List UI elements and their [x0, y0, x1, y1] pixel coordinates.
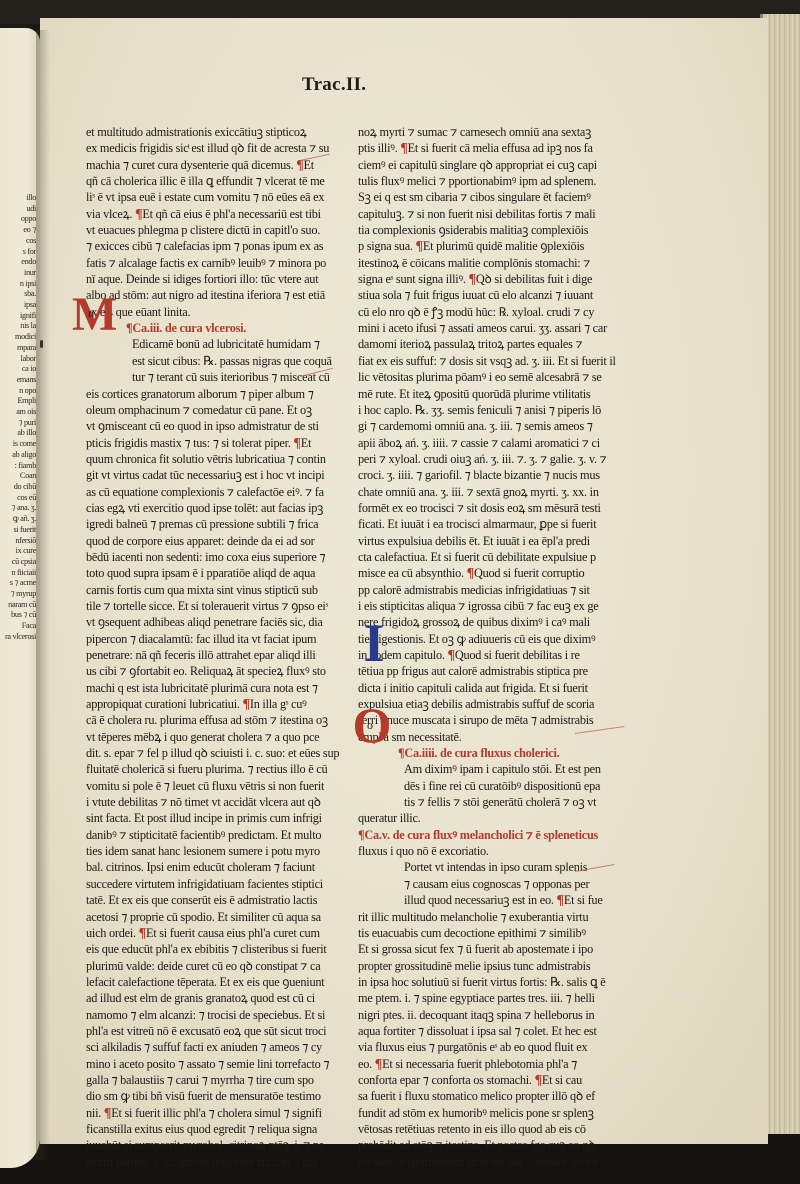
text-line: cū elo nro qꝺ ē ꝭꝫ modū hūc: ℞. xyloal. …	[358, 304, 620, 320]
facing-text-fragment: nis la	[0, 321, 36, 332]
text-line: igredi balneū ⁊ premas cū pressione subt…	[86, 516, 351, 532]
text-line: chate omniū ana. ʒ. iii. ⁊ sextā gnoꝝ my…	[358, 484, 620, 500]
text-line: plurimū valde: deide curet cū eo qꝺ cons…	[86, 958, 351, 974]
text-line: cias egꝝ vti exercitio quod ipse tolēt: …	[86, 500, 351, 516]
text-line: Am diximꝰ ipam i capitulo stōi. Et est p…	[358, 761, 620, 777]
section-heading-ca-iii: ¶Ca.iii. de cura vlcerosi.	[86, 320, 351, 336]
right-column-opening-text: noꝝ myrti ⁊ sumac ⁊ carnesech omniū ana …	[358, 124, 620, 745]
text-line: via fluxus eius ⁊ purgatōnis eˢ ab eo qu…	[358, 1039, 620, 1055]
paragraph-mark-icon: ¶	[293, 436, 300, 451]
facing-text-fragment: ignifi	[0, 311, 36, 322]
text-line: git vt virtus cadat tūc necessariuꝫ est …	[86, 467, 351, 483]
text-line: formēt ex eo trocisci ⁊ sit dosis eoꝝ sm…	[358, 500, 620, 516]
right-column: noꝝ myrti ⁊ sumac ⁊ carnesech omniū ana …	[358, 124, 620, 1170]
facing-text-fragment: emans	[0, 375, 36, 386]
right-column-section-2-text: Portet vt intendas in ipso curam splenis…	[358, 859, 620, 1170]
facing-text-fragment: nfersiō	[0, 536, 36, 547]
text-line: acetosi ⁊ proprie cū spodio. Et similite…	[86, 909, 351, 925]
facing-text-fragment: ⁊ myrup	[0, 589, 36, 600]
text-line: vt tēperes mēbꝝ i quo generat cholera ⁊ …	[86, 729, 351, 745]
text-line: quum chronica fit solutio vētris lubrica…	[86, 451, 351, 467]
text-line: sa fuerit i fluxu stomatico melico propt…	[358, 1088, 620, 1104]
text-line: prehēdit ad stōꝫ ⁊ itestina. Et postea f…	[358, 1137, 620, 1153]
paragraph-mark-icon: ¶	[104, 1106, 111, 1121]
decorated-initial-o: O o	[352, 703, 392, 747]
text-line: tile ⁊ tortelle sicce. Et si tolerauerit…	[86, 598, 351, 614]
facing-text-fragment: cū cpsia	[0, 557, 36, 568]
book-scan: illoudioppoeo ⁊coss forendoinurn ipsisba…	[0, 0, 800, 1184]
text-line: via vlceꝝ. ¶Et qñ cā eius ē phl'a necess…	[86, 206, 351, 222]
text-line: ficati. Et iuuāt i ea trocisci almarmaur…	[358, 516, 620, 532]
text-line: lic vētositas plurima pōamꝰ i eo semē al…	[358, 369, 620, 385]
facing-text-fragment: oppo	[0, 214, 36, 225]
text-line: ⁊ causam eius cognoscas ⁊ opponas per	[358, 876, 620, 892]
section-heading-ca-v-continued: fluxus i quo nō ē excoriatio.	[358, 843, 620, 859]
text-line: expulsiua etiaꝫ debilis admistrabis suff…	[358, 696, 620, 712]
text-line: damomi iterioꝝ passulaꝝ tritoꝝ partes eq…	[358, 336, 620, 352]
text-line: tur ⁊ terant cū suis iterioribus ⁊ misce…	[86, 369, 351, 385]
text-line: noꝝ myrti ⁊ sumac ⁊ carnesech omniū ana …	[358, 124, 620, 140]
binding-mark	[40, 340, 43, 348]
text-line: croci. ʒ. iiii. ⁊ gariofil. ⁊ blacte biz…	[358, 467, 620, 483]
text-line: tulis fluxꝰ melici ⁊ pportionabimꝰ ipm a…	[358, 173, 620, 189]
text-line: misce ea cū absynthio. ¶Quod si fuerit c…	[358, 565, 620, 581]
text-line: peri ⁊ xyloal. crudi oiuꝫ ań. ʒ. iii. ⁊.…	[358, 451, 620, 467]
facing-text-fragment: s for	[0, 247, 36, 258]
text-line: eo. ¶Et si necessaria fuerit phlebotomia…	[358, 1056, 620, 1072]
facing-text-fragment: ⁊ puri	[0, 418, 36, 429]
text-line: uich ordei. ¶Et si fuerit causa eius phl…	[86, 925, 351, 941]
facing-text-fragment: ab aligo	[0, 450, 36, 461]
text-line: dit. s. epar ⁊ fel p illud qꝺ sciuisti i…	[86, 745, 351, 761]
facing-page-text: illoudioppoeo ⁊coss forendoinurn ipsisba…	[0, 193, 36, 643]
facing-text-fragment: ꝙ añ. ʒ.	[0, 514, 36, 525]
text-line: sci alkiladis ⁊ suffuf facti ex aniuden …	[86, 1039, 351, 1055]
text-line: rit illic multitudo melancholie ⁊ exuber…	[358, 909, 620, 925]
text-line: us cibi ⁊ ꝯfortabit eo. Reliquaꝝ āt spec…	[86, 663, 351, 679]
text-line: in eodem capitulo. ¶Quod si fuerit debil…	[358, 647, 620, 663]
text-line: tia complexionis ꝯsiderabis malitiaꝫ com…	[358, 222, 620, 238]
text-line: illud quod necessariuꝫ est in eo. ¶Et si…	[358, 892, 620, 908]
text-line: oleum omphacinum ⁊ comedatur cū pane. Et…	[86, 402, 351, 418]
text-line: fiat ex eis suffuf: ⁊ dosis sit vsqꝫ ad.…	[358, 353, 620, 369]
facing-text-fragment: n ipsi	[0, 279, 36, 290]
text-line: cta calefactiua. Et si fuerit cū debilit…	[358, 549, 620, 565]
text-line: sturtii partem. s. cū quibus misceant zu…	[86, 1154, 351, 1170]
text-line: eis cortices granatorum alborum ⁊ piper …	[86, 386, 351, 402]
facing-text-fragment: bus ⁊ cū	[0, 610, 36, 621]
facing-text-fragment: is come	[0, 439, 36, 450]
text-line: carnis fortis cum qua mixta sint vinus s…	[86, 582, 351, 598]
text-line: vt ꝯmisceant cū eo quod in ipso admistra…	[86, 418, 351, 434]
facing-text-fragment: ra vlcerosi	[0, 632, 36, 643]
text-line: ciemꝰ ei capitulū singlare qꝺ appropriat…	[358, 157, 620, 173]
text-line: i hoc caplo. ℞. ʒʒ. semis feniculi ⁊ ani…	[358, 402, 620, 418]
facing-text-fragment: illo	[0, 193, 36, 204]
facing-text-fragment: n fiiciaii	[0, 568, 36, 579]
paragraph-mark-icon: ¶	[400, 141, 407, 156]
text-line: ficanstilla exitus eius quod egredit ⁊ r…	[86, 1121, 351, 1137]
text-line: sint facta. Et post illud incipe in prim…	[86, 810, 351, 826]
text-line: vt ꝯsequent adhibeas aliqd penetrare fac…	[86, 614, 351, 630]
text-line: capituluꝫ. ⁊ si non fuerit nisi debilita…	[358, 206, 620, 222]
paragraph-mark-icon: ¶	[448, 648, 455, 663]
facing-text-fragment: si fuerit	[0, 525, 36, 536]
text-line: aqua fortiter ⁊ dissoluat i ipsa sal ⁊ c…	[358, 1023, 620, 1039]
section-heading-ca-iiii: ¶Ca.iiii. de cura fluxus cholerici.	[358, 745, 620, 761]
text-line: dēs i fine rei cū curatōibꝰ dispositionū…	[358, 778, 620, 794]
text-line: me ptem. i. ⁊ spine egyptiace partes tre…	[358, 990, 620, 1006]
text-line: machia ⁊ curet cura dysenterie quā dicem…	[86, 157, 351, 173]
text-line: Portet vt intendas in ipso curam splenis	[358, 859, 620, 875]
facing-page-fragment: illoudioppoeo ⁊coss forendoinurn ipsisba…	[0, 28, 40, 1168]
facing-text-fragment: labor	[0, 354, 36, 365]
paragraph-mark-icon: ¶	[243, 697, 250, 712]
text-line: bal. citrinos. Ipsi enim educūt choleram…	[86, 859, 351, 875]
text-line: nī aque. Deinde si idiges fortiori illo:…	[86, 271, 351, 287]
text-line: Et si grossa sicut fex ⁊ ū fuerit ab apo…	[358, 941, 620, 957]
text-line: iuuabūt si sumpserit myrobol. citrinoꝝ p…	[86, 1137, 351, 1153]
facing-text-fragment: udi	[0, 204, 36, 215]
text-line: albo ad stōm: aut nigro ad itestina ifer…	[86, 287, 351, 303]
text-line: namomo ⁊ elm alcanzi: ⁊ trocisi de speci…	[86, 1007, 351, 1023]
facing-text-fragment: : fiamb	[0, 461, 36, 472]
text-line: stiua sola ⁊ fuit frigus iuuat cū elo al…	[358, 287, 620, 303]
facing-text-fragment: ipsa	[0, 300, 36, 311]
text-line: lefacit calefactione tēperata. Et ex eis…	[86, 974, 351, 990]
text-line: vētosas retētiuas retento in eis illo qu…	[358, 1121, 620, 1137]
section-heading-ca-v: ¶Ca.v. de cura fluxꝰ melancholici ⁊ ē sp…	[358, 827, 620, 843]
text-line: ⁊ exicces cibū ⁊ calefacias ipm ⁊ ponas …	[86, 238, 351, 254]
text-line: tētiua pp frigus aut calorē admistrabis …	[358, 663, 620, 679]
text-line: est subtile ꝯfortatiuum sicut est hoc cō…	[358, 1154, 620, 1170]
text-line: Sꝫ ei q est sm cibaria ⁊ cibos singulare…	[358, 189, 620, 205]
text-line: nere frigidoꝝ grossoꝝ de quibus diximꝰ i…	[358, 614, 620, 630]
text-line: fluitatē cholericā si fueru plurima. ⁊ r…	[86, 761, 351, 777]
facing-text-fragment: do cibū	[0, 482, 36, 493]
paragraph-mark-icon: ¶	[557, 893, 564, 908]
text-line: danibꝰ ⁊ stipticitatē facientibꝰ predict…	[86, 827, 351, 843]
facing-text-fragment: inur	[0, 268, 36, 279]
facing-text-fragment: Coan	[0, 471, 36, 482]
right-column-section-1-text: Am diximꝰ ipam i capitulo stōi. Et est p…	[358, 761, 620, 826]
facing-text-fragment: naram cū	[0, 600, 36, 611]
text-line: liˢ ē vt ipsa euē i estate cum vomitu ⁊ …	[86, 189, 351, 205]
paragraph-mark-icon: ¶	[535, 1073, 542, 1088]
facing-text-fragment: s ⁊ acme	[0, 578, 36, 589]
text-line: Edicamē bonū ad lubricitatē humidam ⁊	[86, 336, 351, 352]
decorated-initial-i: I	[352, 618, 396, 668]
paragraph-mark-icon: ¶	[139, 926, 146, 941]
text-line: tis ⁊ fellis ⁊ stōi generātū cholerā ⁊ o…	[358, 794, 620, 810]
left-column: et multitudo admistrationis exiccātiuꝫ s…	[86, 124, 351, 1170]
text-line: toto quod supra ipsam ē i pparatiōe aliq…	[86, 565, 351, 581]
text-line: galla ⁊ balaustiis ⁊ carui ⁊ myrrha ⁊ ti…	[86, 1072, 351, 1088]
text-line: dio sm ꝙ tibi bñ visū fuerit de mensurat…	[86, 1088, 351, 1104]
text-line: i vtute debilitas ⁊ nō timet vt accidāt …	[86, 794, 351, 810]
text-line: signa eˢ sunt signa illiꝰ. ¶Qꝺ si debili…	[358, 271, 620, 287]
paragraph-mark-icon: ¶	[467, 566, 474, 581]
text-line: tis euacuabis cum decoctione epithimi ⁊ …	[358, 925, 620, 941]
guide-letter: o	[367, 718, 373, 732]
text-line: ex eis que eūant linita.	[86, 304, 351, 320]
text-line: nigri ptes. ii. decoquant itaqꝫ spina ⁊ …	[358, 1007, 620, 1023]
paragraph-mark-icon: ¶	[135, 207, 142, 222]
text-line: nii. ¶Et si fuerit illic phl'a ⁊ cholera…	[86, 1105, 351, 1121]
facing-text-fragment: cos eū	[0, 493, 36, 504]
text-line: fundit ad stōm ex humoribꝰ melicis pone …	[358, 1105, 620, 1121]
text-line: pipercon ⁊ diacalamtū: fac illud ita vt …	[86, 631, 351, 647]
text-line: cā ē cholera ru. plurima effusa ad stōm …	[86, 712, 351, 728]
left-column-section-text: Edicamē bonū ad lubricitatē humidam ⁊est…	[86, 336, 351, 1170]
text-line: apii āboꝝ ań. ʒ. iiii. ⁊ cassie ⁊ calami…	[358, 435, 620, 451]
decorated-initial-m: M n	[72, 292, 116, 338]
guide-letter: n	[88, 306, 94, 320]
paragraph-mark-icon: ¶	[469, 272, 476, 287]
facing-text-fragment: eo ⁊	[0, 225, 36, 236]
facing-text-fragment: ab illo	[0, 428, 36, 439]
text-line: conforta epar ⁊ conforta os stomachi. ¶E…	[358, 1072, 620, 1088]
text-line: gi ⁊ cardemomi omniū ana. ʒ. iii. ⁊ semi…	[358, 418, 620, 434]
text-line: ties idem sanat hanc lesionem sumere i p…	[86, 843, 351, 859]
text-line: tatē. Et ex eis que conserūt eis ē admis…	[86, 892, 351, 908]
facing-text-fragment: Empli	[0, 396, 36, 407]
text-line: itestinoꝝ ē cōicans malitie complōnis st…	[358, 255, 620, 271]
facing-text-fragment: Faca	[0, 621, 36, 632]
text-line: vomitu si pole ē ⁊ leuet cū fluxu vētris…	[86, 778, 351, 794]
text-line: et multitudo admistrationis exiccātiuꝫ s…	[86, 124, 351, 140]
text-line: ptis illiꝰ. ¶Et si fuerit cā melia effus…	[358, 140, 620, 156]
text-line: bēdū iacenti non sedenti: imo coxa eius …	[86, 549, 351, 565]
text-line: dicta i initio capituli calida aut frigi…	[358, 680, 620, 696]
facing-text-fragment: am ois	[0, 407, 36, 418]
facing-text-fragment: mpara	[0, 343, 36, 354]
facing-text-fragment: endo	[0, 257, 36, 268]
text-line: fatis ⁊ alcalage factis ex carnibꝰ leuib…	[86, 255, 351, 271]
facing-text-fragment: n opo	[0, 386, 36, 397]
facing-text-fragment: ca io	[0, 364, 36, 375]
text-line: vt euacues phlegma p clistere dictū in c…	[86, 222, 351, 238]
text-line: machi q est ista lubricitatē plurimā cur…	[86, 680, 351, 696]
text-line: ex medicis frigidis sicͭ est illud qꝺ fi…	[86, 140, 351, 156]
text-line: virtus expulsiua debilis ēt. Et iuuāt i …	[358, 533, 620, 549]
text-line: i eis stipticitas aliqua ⁊ igrossa cibū …	[358, 598, 620, 614]
facing-text-fragment: sba.	[0, 289, 36, 300]
running-head: Trac.II.	[302, 74, 366, 96]
gutter-shadow	[36, 30, 50, 1160]
text-line: in ipsa hoc solutiuū si fuerit virtus fo…	[358, 974, 620, 990]
text-line: queratur illic.	[358, 810, 620, 826]
text-line: mē rute. Et iteꝝ ꝯpositū quorūdā plurime…	[358, 386, 620, 402]
text-line: penetrare: nā qñ feceris illō attrahet e…	[86, 647, 351, 663]
facing-text-fragment: ix cure	[0, 546, 36, 557]
facing-text-fragment: cos	[0, 236, 36, 247]
text-line: ad illud est elm de granis granatoꝝ quod…	[86, 990, 351, 1006]
text-line: as cū equatione complexionis ⁊ calefactō…	[86, 484, 351, 500]
text-line: ferri i nuce muscata i sirupo de mēta ⁊ …	[358, 712, 620, 728]
text-line: quod de corpore eius apparet: deinde da …	[86, 533, 351, 549]
text-line: tie digestionis. Et oꝫ ꝙ adiuueris cū ei…	[358, 631, 620, 647]
text-line: phl'a est vitreū nō ē excusatō eoꝝ que s…	[86, 1023, 351, 1039]
text-line: appropiquat curationi lubricatiui. ¶In i…	[86, 696, 351, 712]
text-line: qñ cā cholerica illic ē illa ꝗ effundit …	[86, 173, 351, 189]
text-line: succedere virtutem infrigidatiuam facien…	[86, 876, 351, 892]
text-line: pp calorē admistrabis medicias infrigida…	[358, 582, 620, 598]
text-line: mini i aceto ifusi ⁊ assati ameos carui.…	[358, 320, 620, 336]
text-line: mino i aceto posito ⁊ assato ⁊ semie lin…	[86, 1056, 351, 1072]
text-line: pticis frigidis mastix ⁊ tus: ⁊ si toler…	[86, 435, 351, 451]
text-line: propter grossitudinē melie ipsius tunc a…	[358, 958, 620, 974]
facing-text-fragment: ⁊ ana. ʒ.	[0, 503, 36, 514]
facing-text-fragment: modici	[0, 332, 36, 343]
paragraph-mark-icon: ¶	[375, 1057, 382, 1072]
left-column-opening-text: et multitudo admistrationis exiccātiuꝫ s…	[86, 124, 351, 320]
text-line: est sicut cibus: ℞. passas nigras que co…	[86, 353, 351, 369]
paragraph-mark-icon: ¶	[416, 239, 423, 254]
text-line: eis que educūt phl'a ex ebibitis ⁊ clist…	[86, 941, 351, 957]
text-line: p signa sua. ¶Et plurimū quidē malitie ꝯ…	[358, 238, 620, 254]
